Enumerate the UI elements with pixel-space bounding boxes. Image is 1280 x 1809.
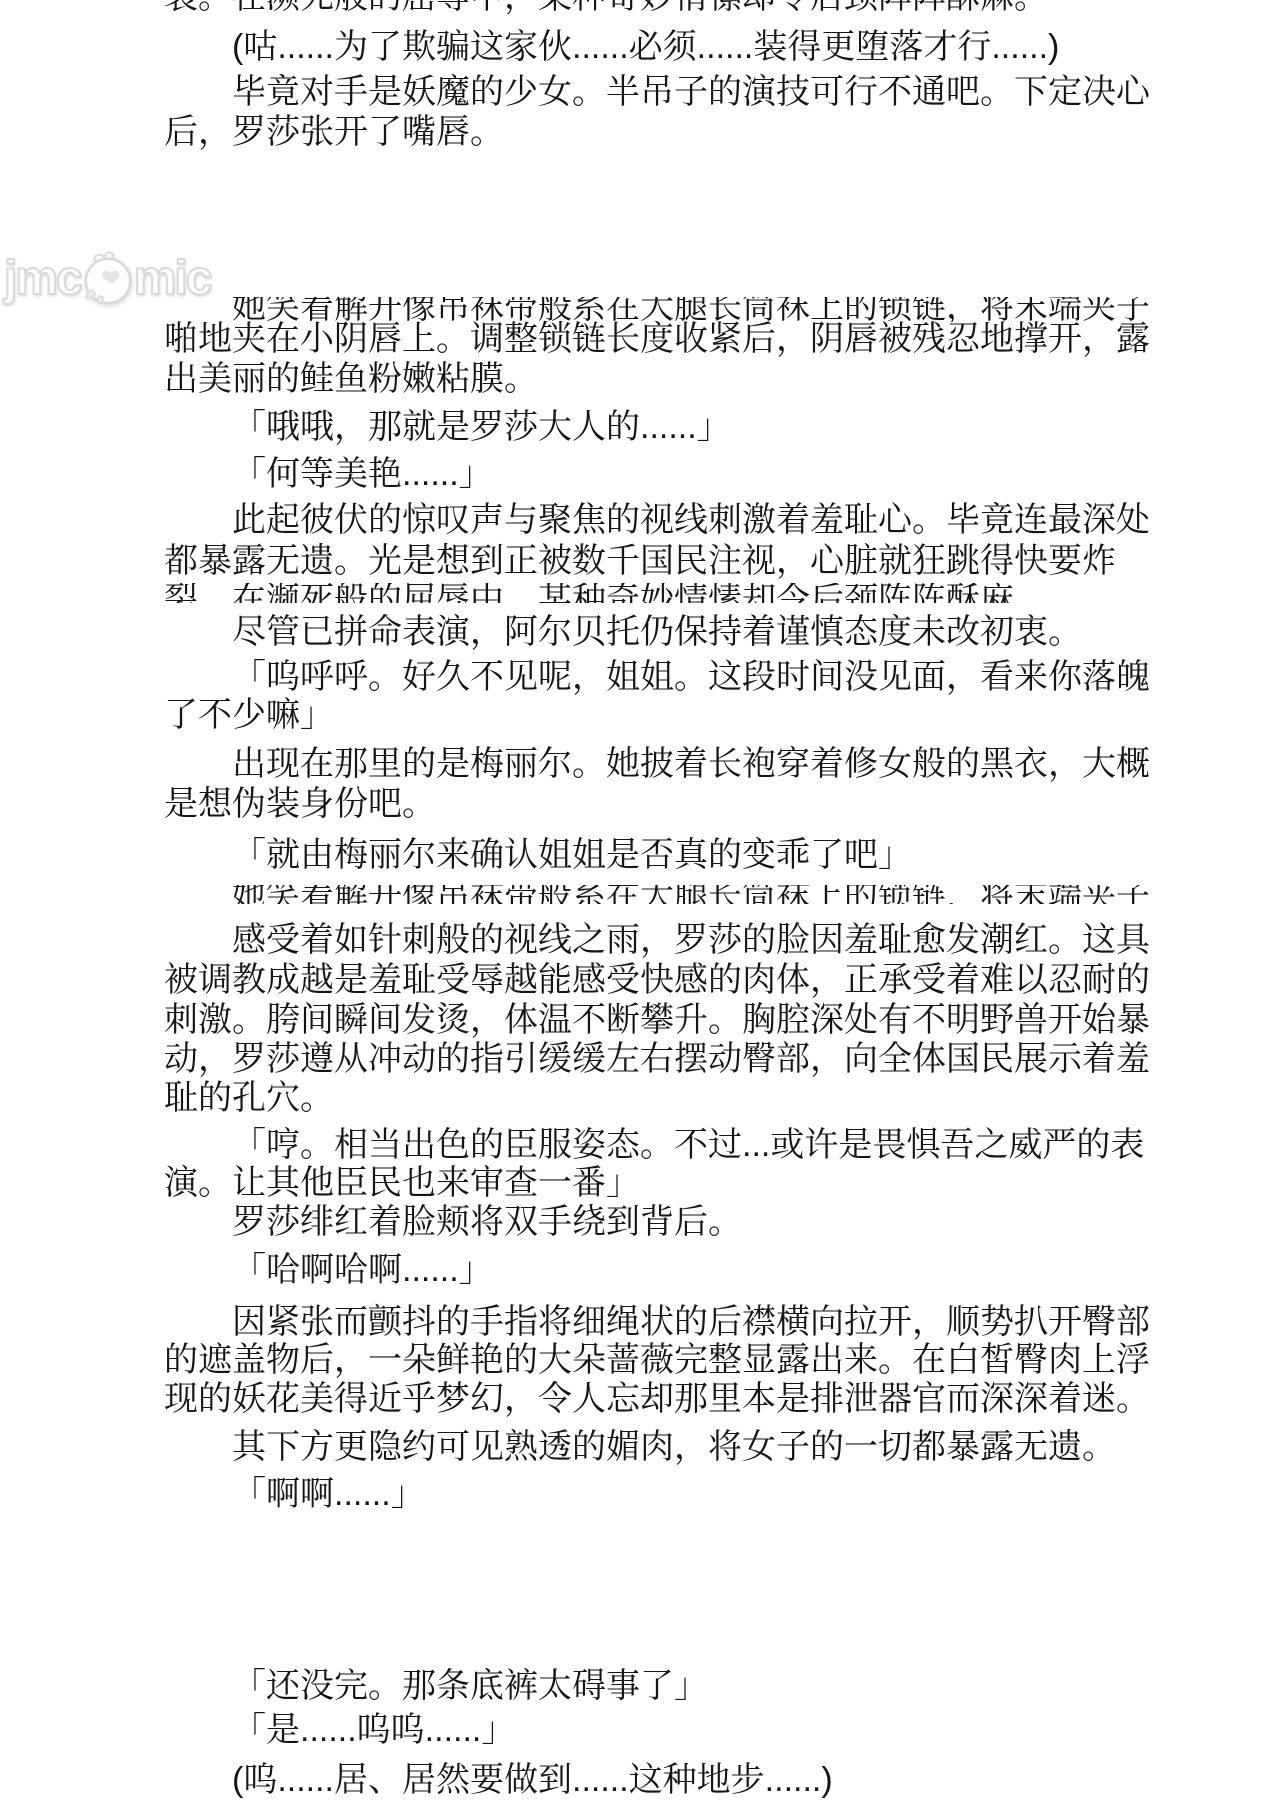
text-line-text: 动，罗莎遵从冲动的指引缓缓左右摆动臀部，向全体国民展示着羞 — [164, 1042, 1174, 1076]
text-line-text: 「就由梅丽尔来确认姐姐是否真的变乖了吧」 — [164, 838, 1174, 872]
text-line-text: 感受着如针刺般的视线之雨，罗莎的脸因羞耻愈发潮红。这具 — [164, 923, 1174, 957]
text-line: 裂。在濒死般的屈辱中，某种奇妙情愫却令后颈阵阵酥麻。 — [164, 0, 1174, 14]
text-line-text: 「啊啊......」 — [164, 1477, 1174, 1511]
text-line-text: 是想伪装身份吧。 — [164, 787, 1174, 821]
text-line-text: 「何等美艳......」 — [164, 457, 1174, 491]
text-line: 被调教成越是羞耻受辱越能感受快感的肉体，正承受着难以忍耐的 — [164, 963, 1174, 997]
text-line-text: 裂。在濒死般的屈辱中，某种奇妙情愫却令后颈阵阵酥麻。 — [164, 0, 1174, 14]
text-line: 后，罗莎张开了嘴唇。 — [164, 115, 1174, 149]
text-line: 裂。在濒死般的屈辱中，某种奇妙情愫却令后颈阵阵酥麻。 — [164, 583, 1174, 603]
text-line: (呜......居、居然要做到......这种地步......) — [164, 1763, 1174, 1797]
text-line-text: 现的妖花美得近乎梦幻，令人忘却那里本是排泄器官而深深着迷。 — [164, 1382, 1174, 1416]
text-line: 「哈啊哈啊......」 — [164, 1253, 1174, 1287]
text-line: 「呜呼呼。好久不见呢，姐姐。这段时间没见面，看来你落魄 — [164, 660, 1174, 694]
text-line: 都暴露无遗。光是想到正被数千国民注视，心脏就狂跳得快要炸 — [164, 544, 1174, 578]
text-line: 罗莎绯红着脸颊将双手绕到背后。 — [164, 1205, 1174, 1239]
text-line: 了不少嘛」 — [164, 698, 1174, 732]
text-line-text: 「还没完。那条底裤太碍事了」 — [164, 1669, 1174, 1703]
text-line: 动，罗莎遵从冲动的指引缓缓左右摆动臀部，向全体国民展示着羞 — [164, 1042, 1174, 1076]
text-line: 「是......呜呜......」 — [164, 1713, 1174, 1747]
text-line: 「哼。相当出色的臣服姿态。不过...或许是畏惧吾之威严的表 — [164, 1128, 1174, 1162]
text-line-text: 出美丽的鲑鱼粉嫩粘膜。 — [164, 362, 1174, 396]
text-line-text: 尽管已拼命表演，阿尔贝托仍保持着谨慎态度未改初衷。 — [164, 615, 1174, 649]
text-line: 「哦哦，那就是罗莎大人的......」 — [164, 410, 1174, 444]
text-line-text: 因紧张而颤抖的手指将细绳状的后襟横向拉开，顺势扒开臀部 — [164, 1305, 1174, 1339]
text-line-text: (呜......居、居然要做到......这种地步......) — [164, 1763, 1174, 1797]
text-line-text: 她笑着解开像吊袜带般系在大腿长筒袜上的锁链，将末端夹子 — [164, 297, 1174, 322]
text-line: 「何等美艳......」 — [164, 457, 1174, 491]
text-line-text: 「是......呜呜......」 — [164, 1713, 1174, 1747]
text-line: 出现在那里的是梅丽尔。她披着长袍穿着修女般的黑衣，大概 — [164, 747, 1174, 781]
text-line-text: 此起彼伏的惊叹声与聚焦的视线刺激着羞耻心。毕竟连最深处 — [164, 503, 1174, 537]
text-line: 因紧张而颤抖的手指将细绳状的后襟横向拉开，顺势扒开臀部 — [164, 1305, 1174, 1339]
text-line-text: 的遮盖物后，一朵鲜艳的大朵蔷薇完整显露出来。在白皙臀肉上浮 — [164, 1343, 1174, 1377]
text-line: 刺激。胯间瞬间发烫，体温不断攀升。胸腔深处有不明野兽开始暴 — [164, 1003, 1174, 1037]
text-line-text: 毕竟对手是妖魔的少女。半吊子的演技可行不通吧。下定决心 — [164, 75, 1174, 109]
text-line-text: 「哦哦，那就是罗莎大人的......」 — [164, 410, 1174, 444]
text-line-text: 裂。在濒死般的屈辱中，某种奇妙情愫却令后颈阵阵酥麻。 — [164, 583, 1174, 603]
text-line: 其下方更隐约可见熟透的媚肉，将女子的一切都暴露无遗。 — [164, 1430, 1174, 1464]
text-line: 尽管已拼命表演，阿尔贝托仍保持着谨慎态度未改初衷。 — [164, 615, 1174, 649]
text-line-text: 「哼。相当出色的臣服姿态。不过...或许是畏惧吾之威严的表 — [164, 1128, 1174, 1162]
text-line: 出美丽的鲑鱼粉嫩粘膜。 — [164, 362, 1174, 396]
text-line: (咕......为了欺骗这家伙......必须......装得更堕落才行....… — [164, 30, 1174, 64]
text-line-text: 其下方更隐约可见熟透的媚肉，将女子的一切都暴露无遗。 — [164, 1430, 1174, 1464]
text-line: 演。让其他臣民也来审查一番」 — [164, 1166, 1174, 1200]
text-line-text: 耻的孔穴。 — [164, 1081, 1174, 1115]
text-line-text: 「呜呼呼。好久不见呢，姐姐。这段时间没见面，看来你落魄 — [164, 660, 1174, 694]
text-line: 「啊啊......」 — [164, 1477, 1174, 1511]
text-line: 耻的孔穴。 — [164, 1081, 1174, 1115]
watermark-text-left: jmc — [4, 251, 81, 306]
text-line-text: 刺激。胯间瞬间发烫，体温不断攀升。胸腔深处有不明野兽开始暴 — [164, 1003, 1174, 1037]
text-line: 此起彼伏的惊叹声与聚焦的视线刺激着羞耻心。毕竟连最深处 — [164, 503, 1174, 537]
text-line-text: 都暴露无遗。光是想到正被数千国民注视，心脏就狂跳得快要炸 — [164, 544, 1174, 578]
text-line: 毕竟对手是妖魔的少女。半吊子的演技可行不通吧。下定决心 — [164, 75, 1174, 109]
text-line: 她笑着解开像吊袜带般系在大腿长筒袜上的锁链，将末端夹子 — [164, 297, 1174, 322]
text-line-text: 她笑着解开像吊袜带般系在大腿长筒袜上的锁链，将末端夹子 — [164, 885, 1174, 904]
text-line: 是想伪装身份吧。 — [164, 787, 1174, 821]
text-line: 感受着如针刺般的视线之雨，罗莎的脸因羞耻愈发潮红。这具 — [164, 923, 1174, 957]
text-line: 「还没完。那条底裤太碍事了」 — [164, 1669, 1174, 1703]
page: jmc mic 裂。在濒死般的屈辱中，某种奇妙情愫却令后颈阵阵酥麻。(咕....… — [0, 0, 1280, 1809]
text-line: 现的妖花美得近乎梦幻，令人忘却那里本是排泄器官而深深着迷。 — [164, 1382, 1174, 1416]
bird-mascot-icon — [79, 249, 137, 307]
text-line: 啪地夹在小阴唇上。调整锁链长度收紧后，阴唇被残忍地撑开，露 — [164, 322, 1174, 356]
text-line-text: 后，罗莎张开了嘴唇。 — [164, 115, 1174, 149]
text-line-text: 了不少嘛」 — [164, 698, 1174, 732]
text-line: 「就由梅丽尔来确认姐姐是否真的变乖了吧」 — [164, 838, 1174, 872]
text-line: 她笑着解开像吊袜带般系在大腿长筒袜上的锁链，将末端夹子 — [164, 885, 1174, 904]
text-line-text: (咕......为了欺骗这家伙......必须......装得更堕落才行....… — [164, 30, 1174, 64]
text-line-text: 「哈啊哈啊......」 — [164, 1253, 1174, 1287]
text-line-text: 被调教成越是羞耻受辱越能感受快感的肉体，正承受着难以忍耐的 — [164, 963, 1174, 997]
text-line-text: 演。让其他臣民也来审查一番」 — [164, 1166, 1174, 1200]
text-line-text: 出现在那里的是梅丽尔。她披着长袍穿着修女般的黑衣，大概 — [164, 747, 1174, 781]
text-line-text: 罗莎绯红着脸颊将双手绕到背后。 — [164, 1205, 1174, 1239]
text-line: 的遮盖物后，一朵鲜艳的大朵蔷薇完整显露出来。在白皙臀肉上浮 — [164, 1343, 1174, 1377]
text-line-text: 啪地夹在小阴唇上。调整锁链长度收紧后，阴唇被残忍地撑开，露 — [164, 322, 1174, 356]
